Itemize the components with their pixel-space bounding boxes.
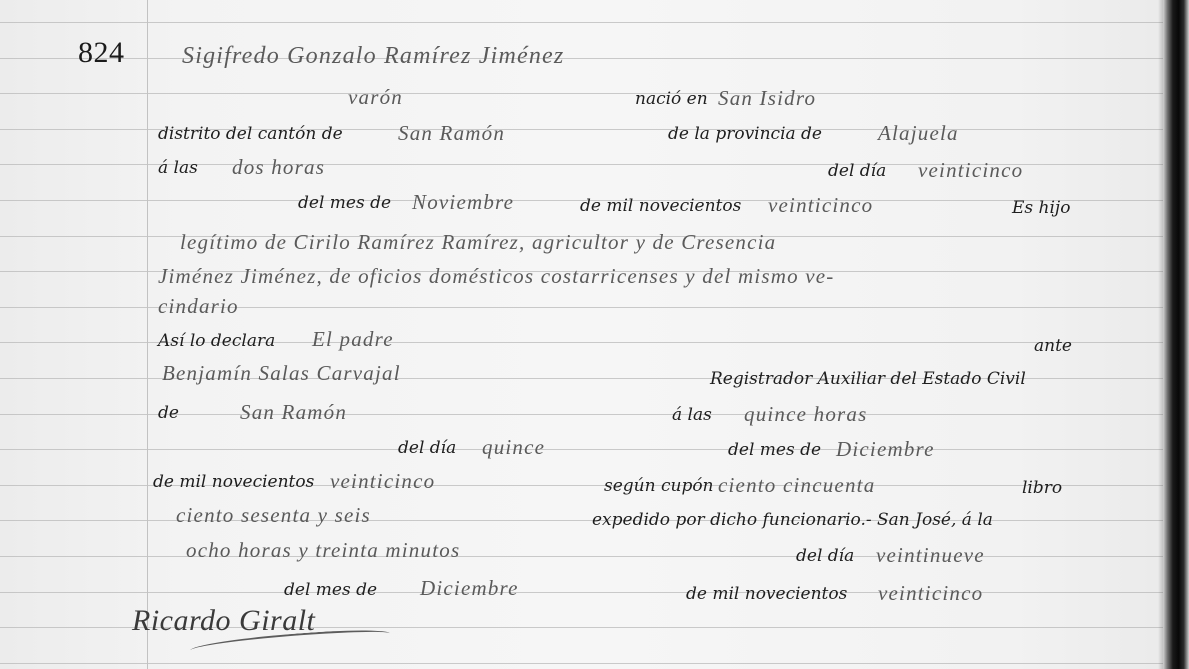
registered-name: Sigifredo Gonzalo Ramírez Jiménez: [182, 44, 564, 68]
ruled-line: [0, 449, 1168, 450]
registration-day-label: del día: [398, 440, 456, 457]
day-label: del día: [828, 163, 886, 180]
margin-line: [147, 0, 148, 669]
registration-hour-label: á las: [672, 407, 712, 424]
son-label: Es hijo: [1012, 200, 1070, 217]
book-value: ciento sesenta y seis: [176, 505, 371, 526]
parents-line-1: legítimo de Cirilo Ramírez Ramírez, agri…: [180, 232, 776, 253]
ruled-line: [0, 592, 1168, 593]
registration-hour-value: quince horas: [744, 404, 867, 425]
coupon-label: según cupón: [604, 478, 714, 495]
registrar-title: Registrador Auxiliar del Estado Civil: [710, 371, 1026, 388]
ruled-line: [0, 556, 1168, 557]
issued-day-value: veintinueve: [876, 545, 985, 566]
registrar-name: Benjamín Salas Carvajal: [162, 363, 401, 384]
registrar-signature: Ricardo Giralt: [132, 606, 315, 636]
declarant-value: El padre: [312, 329, 394, 350]
parents-line-3: cindario: [158, 296, 239, 317]
registrar-of-label: de: [158, 405, 179, 422]
before-label: ante: [1034, 338, 1072, 355]
registration-year-value: veinticinco: [330, 471, 435, 492]
year-label: de mil novecientos: [580, 198, 741, 215]
hour-label: á las: [158, 160, 198, 177]
registration-month-value: Diciembre: [836, 439, 935, 460]
register-page-scan: 824 Sigifredo Gonzalo Ramírez Jiménez va…: [0, 0, 1189, 669]
book-label: libro: [1022, 480, 1062, 497]
issued-year-label: de mil novecientos: [686, 586, 847, 603]
ruled-line: [0, 663, 1168, 664]
issued-month-value: Diciembre: [420, 578, 519, 599]
registrar-of-value: San Ramón: [240, 402, 347, 423]
registration-year-label: de mil novecientos: [153, 474, 314, 491]
coupon-value: ciento cincuenta: [718, 475, 875, 496]
month-value: Noviembre: [412, 192, 514, 213]
book-binding: [1163, 0, 1189, 669]
province-label: de la provincia de: [668, 126, 822, 143]
ruled-line: [0, 22, 1168, 23]
registration-month-label: del mes de: [728, 442, 821, 459]
issued-label: expedido por dicho funcionario.- San Jos…: [592, 512, 993, 529]
birthplace-label: nació en: [635, 91, 708, 108]
issued-year-value: veinticinco: [878, 583, 983, 604]
district-value: San Ramón: [398, 123, 505, 144]
district-label: distrito del cantón de: [158, 126, 343, 143]
birthplace-value: San Isidro: [718, 88, 816, 109]
parents-line-2: Jiménez Jiménez, de oficios domésticos c…: [158, 266, 834, 287]
entry-number: 824: [78, 36, 125, 70]
day-value: veinticinco: [918, 160, 1023, 181]
issued-time-value: ocho horas y treinta minutos: [186, 540, 460, 561]
declarant-label: Así lo declara: [158, 333, 275, 350]
sex-value: varón: [348, 87, 403, 108]
ruled-line: [0, 93, 1168, 94]
hour-value: dos horas: [232, 157, 325, 178]
issued-day-label: del día: [796, 548, 854, 565]
year-value: veinticinco: [768, 195, 873, 216]
ruled-line: [0, 58, 1168, 59]
month-label: del mes de: [298, 195, 391, 212]
issued-month-label: del mes de: [284, 582, 377, 599]
province-value: Alajuela: [878, 123, 959, 144]
registration-day-value: quince: [482, 437, 545, 458]
